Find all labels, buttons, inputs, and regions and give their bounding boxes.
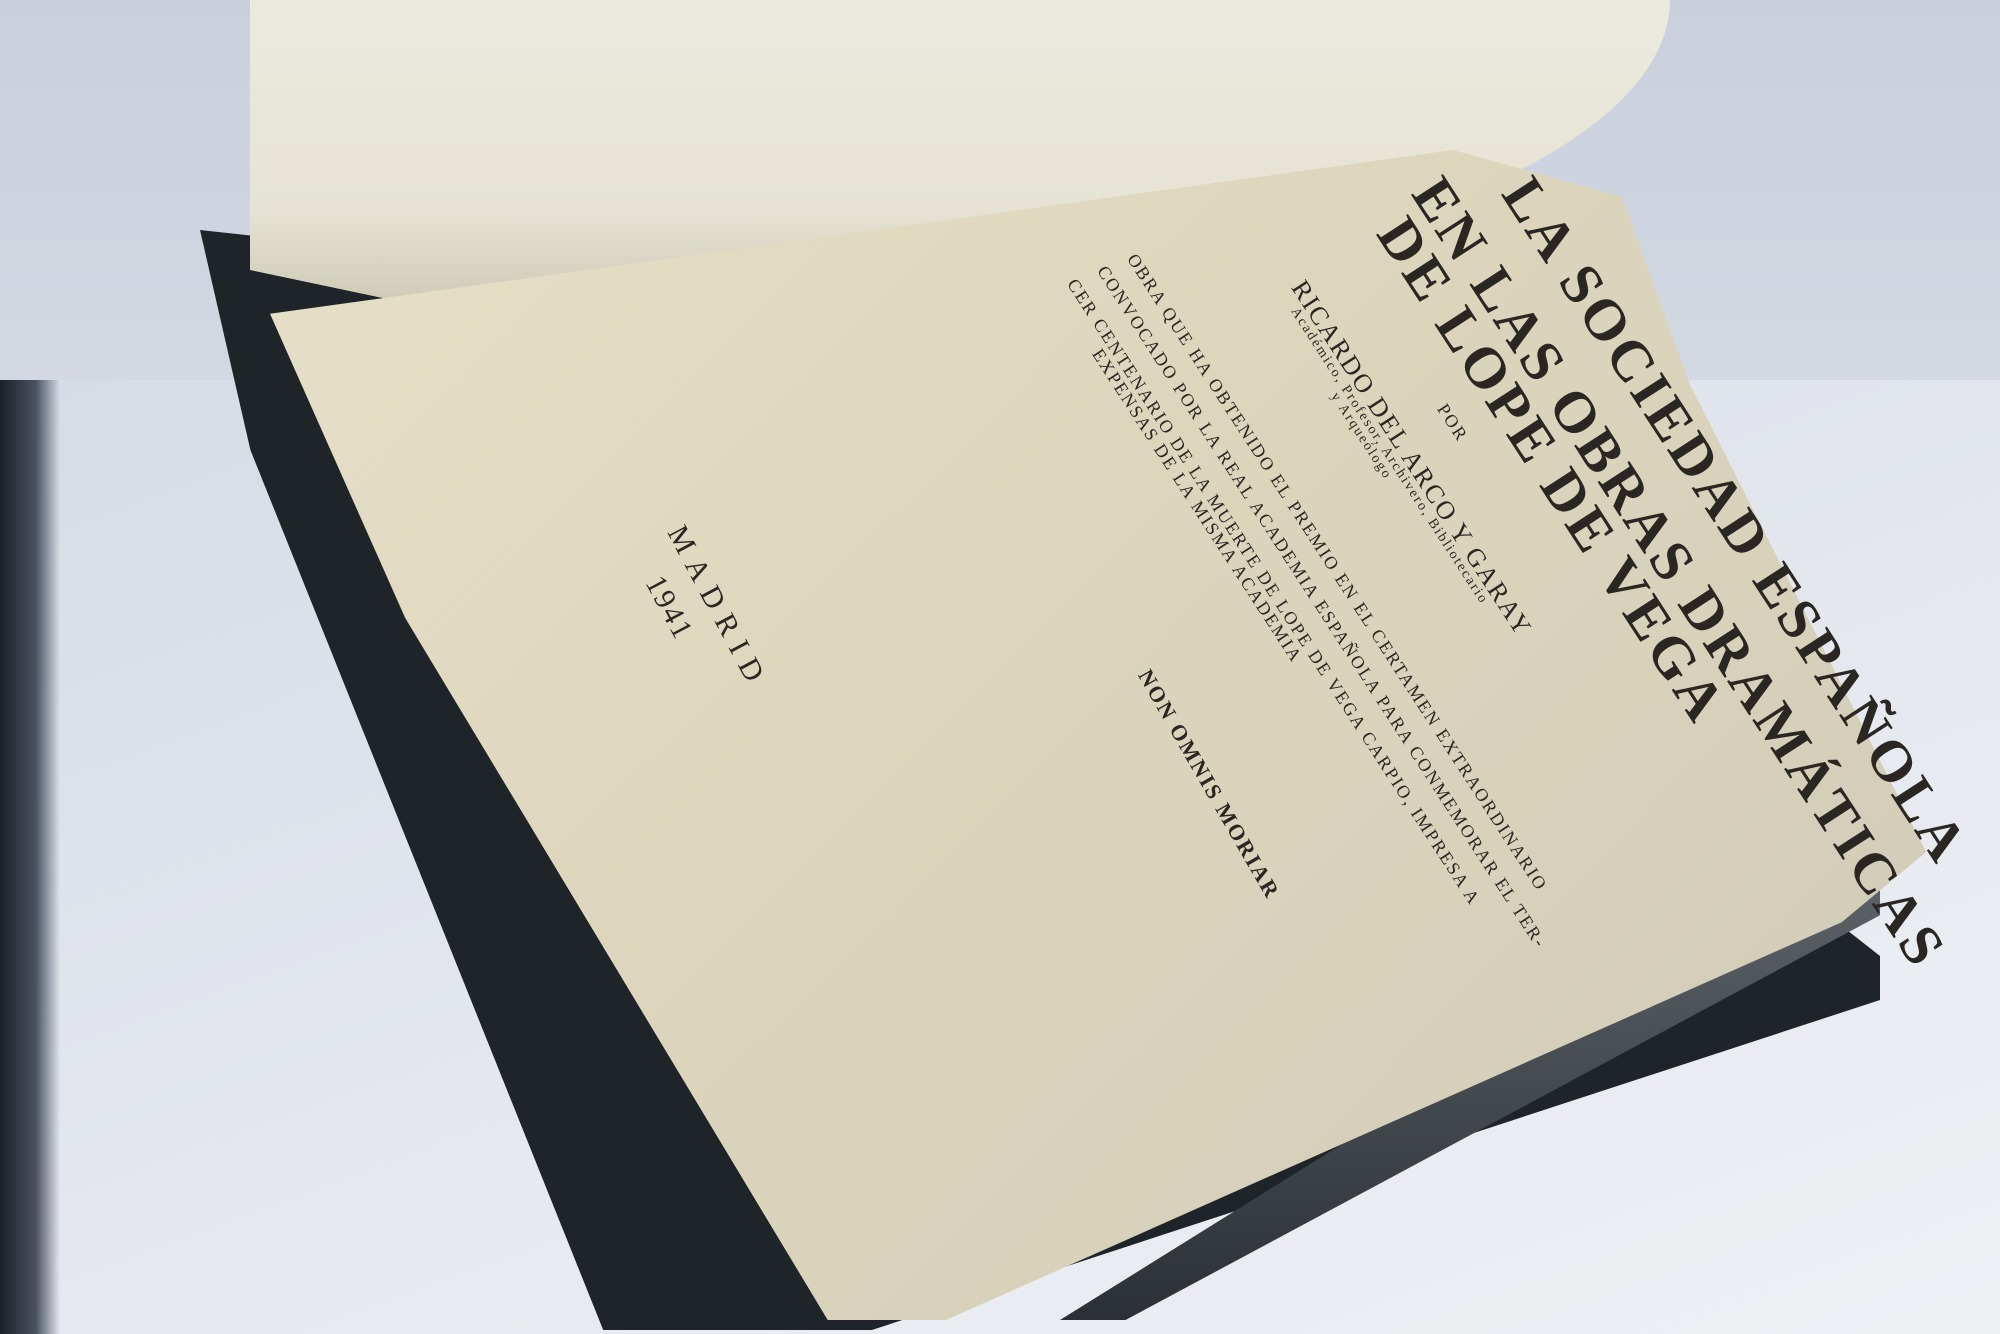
table-edge-shadow	[0, 380, 60, 1334]
photo-scene: LA SOCIEDAD ESPAÑOLA EN LAS OBRAS DRAMÁT…	[0, 0, 2000, 1334]
